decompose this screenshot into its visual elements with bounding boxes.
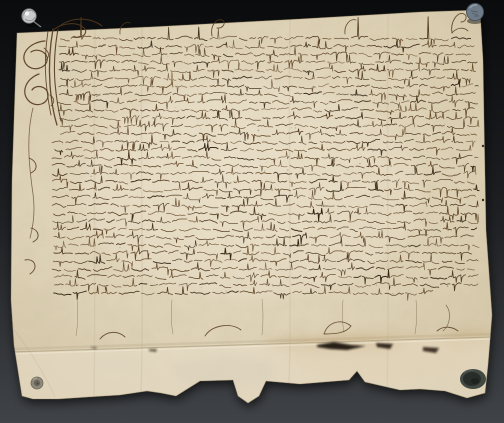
bottom-left-pin	[31, 377, 43, 389]
parchment	[0, 0, 504, 423]
top-right-pin	[467, 4, 484, 25]
bottom-right-pin	[460, 369, 486, 389]
photo-stage	[0, 0, 504, 423]
manuscript-photo	[0, 0, 504, 423]
